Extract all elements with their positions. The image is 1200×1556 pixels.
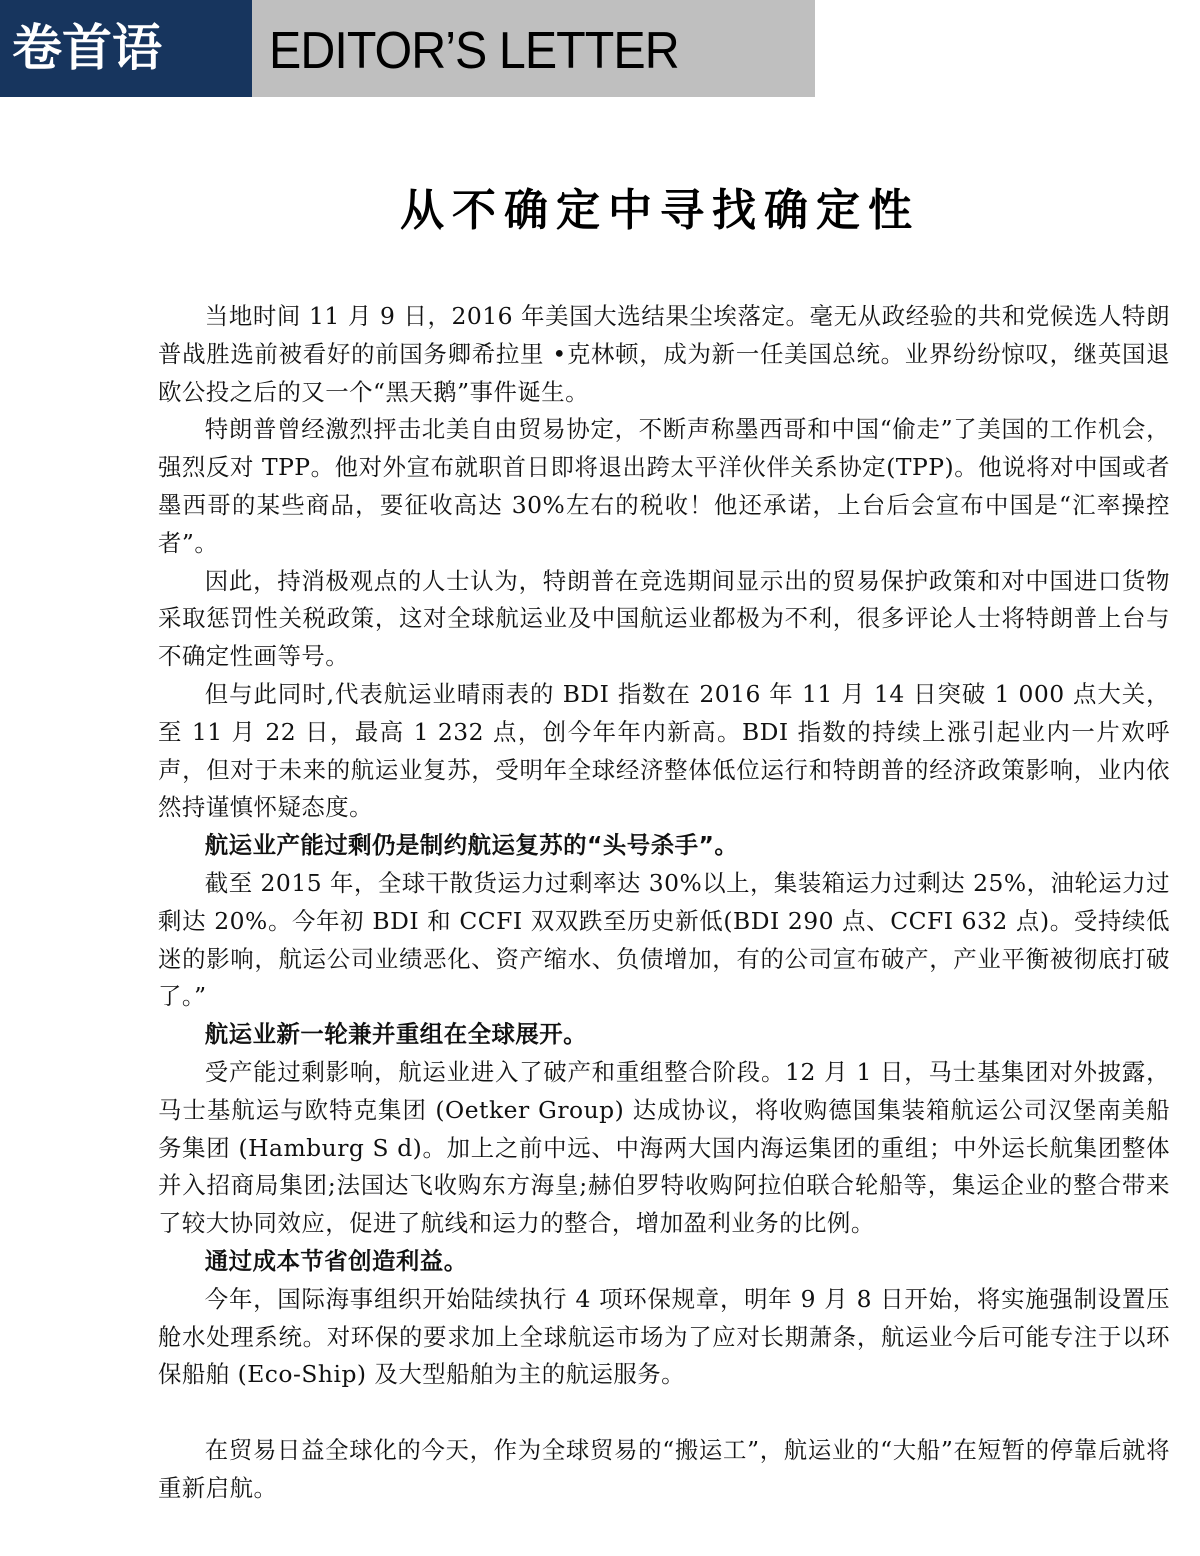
paragraph-environmental: 今年，国际海事组织开始陆续执行 4 项环保规章，明年 9 月 8 日开始，将实施… [158, 1281, 1170, 1394]
paragraph-negative-view: 因此，持消极观点的人士认为，特朗普在竞选期间显示出的贸易保护政策和对中国进口货物… [158, 563, 1170, 676]
section-label-cn: 卷首语 [0, 0, 252, 97]
section-label-en-text: EDITOR’S LETTER [269, 0, 679, 102]
section-header: 卷首语 EDITOR’S LETTER [0, 0, 815, 97]
paragraph-spacer [158, 1394, 1170, 1432]
subheading-mergers: 航运业新一轮兼并重组在全球展开。 [158, 1016, 1170, 1054]
article-body: 当地时间 11 月 9 日，2016 年美国大选结果尘埃落定。毫无从政经验的共和… [158, 298, 1170, 1508]
paragraph-mergers: 受产能过剩影响，航运业进入了破产和重组整合阶段。12 月 1 日，马士基集团对外… [158, 1054, 1170, 1243]
subheading-overcapacity: 航运业产能过剩仍是制约航运复苏的“头号杀手”。 [158, 827, 1170, 865]
section-label-en: EDITOR’S LETTER [252, 0, 815, 97]
article-title: 从不确定中寻找确定性 [0, 183, 1200, 239]
paragraph-trade-stance: 特朗普曾经激烈抨击北美自由贸易协定，不断声称墨西哥和中国“偷走”了美国的工作机会… [158, 411, 1170, 562]
subheading-cost-savings: 通过成本节省创造利益。 [158, 1243, 1170, 1281]
paragraph-intro: 当地时间 11 月 9 日，2016 年美国大选结果尘埃落定。毫无从政经验的共和… [158, 298, 1170, 411]
paragraph-conclusion: 在贸易日益全球化的今天，作为全球贸易的“搬运工”，航运业的“大船”在短暂的停靠后… [158, 1432, 1170, 1508]
paragraph-bdi-rise: 但与此同时,代表航运业晴雨表的 BDI 指数在 2016 年 11 月 14 日… [158, 676, 1170, 827]
paragraph-overcapacity: 截至 2015 年，全球干散货运力过剩率达 30%以上，集装箱运力过剩达 25%… [158, 865, 1170, 1016]
